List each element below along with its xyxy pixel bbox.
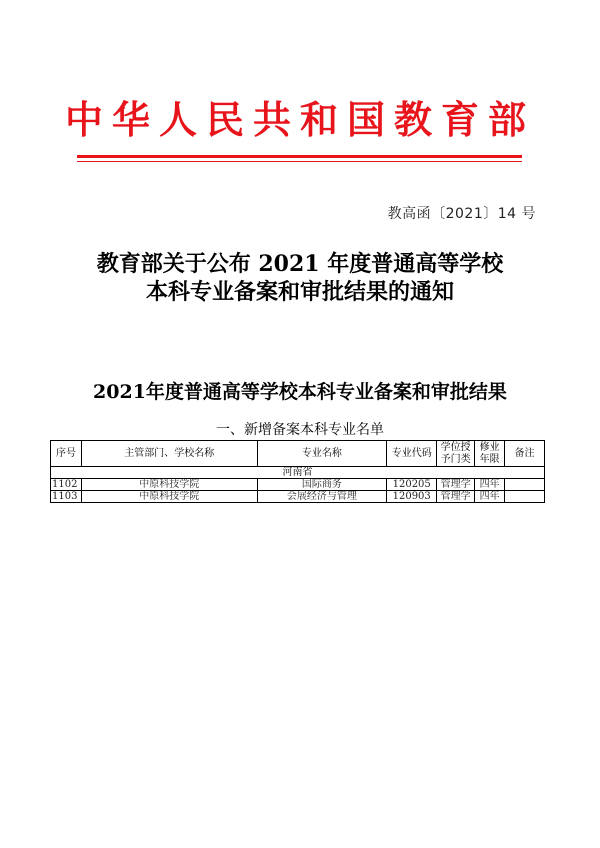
masthead-rule-thin [77, 161, 522, 162]
province-label: 河南省 [51, 467, 545, 479]
notice-title-line1: 教育部关于公布 2021 年度普通高等学校 [0, 250, 600, 278]
notice-title-line2: 本科专业备案和审批结果的通知 [0, 278, 600, 306]
province-group-row: 河南省 [51, 467, 545, 479]
cell-major: 会展经济与管理 [257, 491, 387, 503]
cell-note [505, 491, 545, 503]
header-degree-line2: 予门类 [437, 454, 474, 466]
header-code: 专业代码 [387, 441, 437, 467]
cell-degree: 管理学 [437, 491, 475, 503]
cell-no: 1103 [51, 491, 82, 503]
notice-title: 教育部关于公布 2021 年度普通高等学校 本科专业备案和审批结果的通知 [0, 250, 600, 306]
attachment-title: 2021年度普通高等学校本科专业备案和审批结果 [0, 377, 600, 404]
header-school: 主管部门、学校名称 [81, 441, 257, 467]
header-major: 专业名称 [257, 441, 387, 467]
cell-degree: 管理学 [437, 479, 475, 491]
header-degree: 学位授予门类 [437, 441, 475, 467]
cell-duration: 四年 [475, 491, 505, 503]
cell-school: 中原科技学院 [81, 491, 257, 503]
section-title: 一、新增备案本科专业名单 [0, 422, 600, 438]
header-no: 序号 [51, 441, 82, 467]
table-row: 1102 中原科技学院 国际商务 120205 管理学 四年 [51, 479, 545, 491]
header-duration: 修业年限 [475, 441, 505, 467]
table-row: 1103 中原科技学院 会展经济与管理 120903 管理学 四年 [51, 491, 545, 503]
header-note: 备注 [505, 441, 545, 467]
masthead-rule-thick [77, 155, 522, 158]
header-duration-line2: 年限 [475, 454, 504, 466]
cell-no: 1102 [51, 479, 82, 491]
cell-duration: 四年 [475, 479, 505, 491]
document-number: 教高函〔2021〕14 号 [388, 203, 536, 223]
masthead-title: 中华人民共和国教育部 [0, 96, 600, 144]
table-header-row: 序号 主管部门、学校名称 专业名称 专业代码 学位授予门类 修业年限 备注 [51, 441, 545, 467]
cell-school: 中原科技学院 [81, 479, 257, 491]
cell-code: 120205 [387, 479, 437, 491]
cell-note [505, 479, 545, 491]
majors-table: 序号 主管部门、学校名称 专业名称 专业代码 学位授予门类 修业年限 备注 河南… [50, 440, 545, 503]
cell-code: 120903 [387, 491, 437, 503]
cell-major: 国际商务 [257, 479, 387, 491]
header-duration-line1: 修业 [475, 442, 504, 454]
header-degree-line1: 学位授 [437, 442, 474, 454]
